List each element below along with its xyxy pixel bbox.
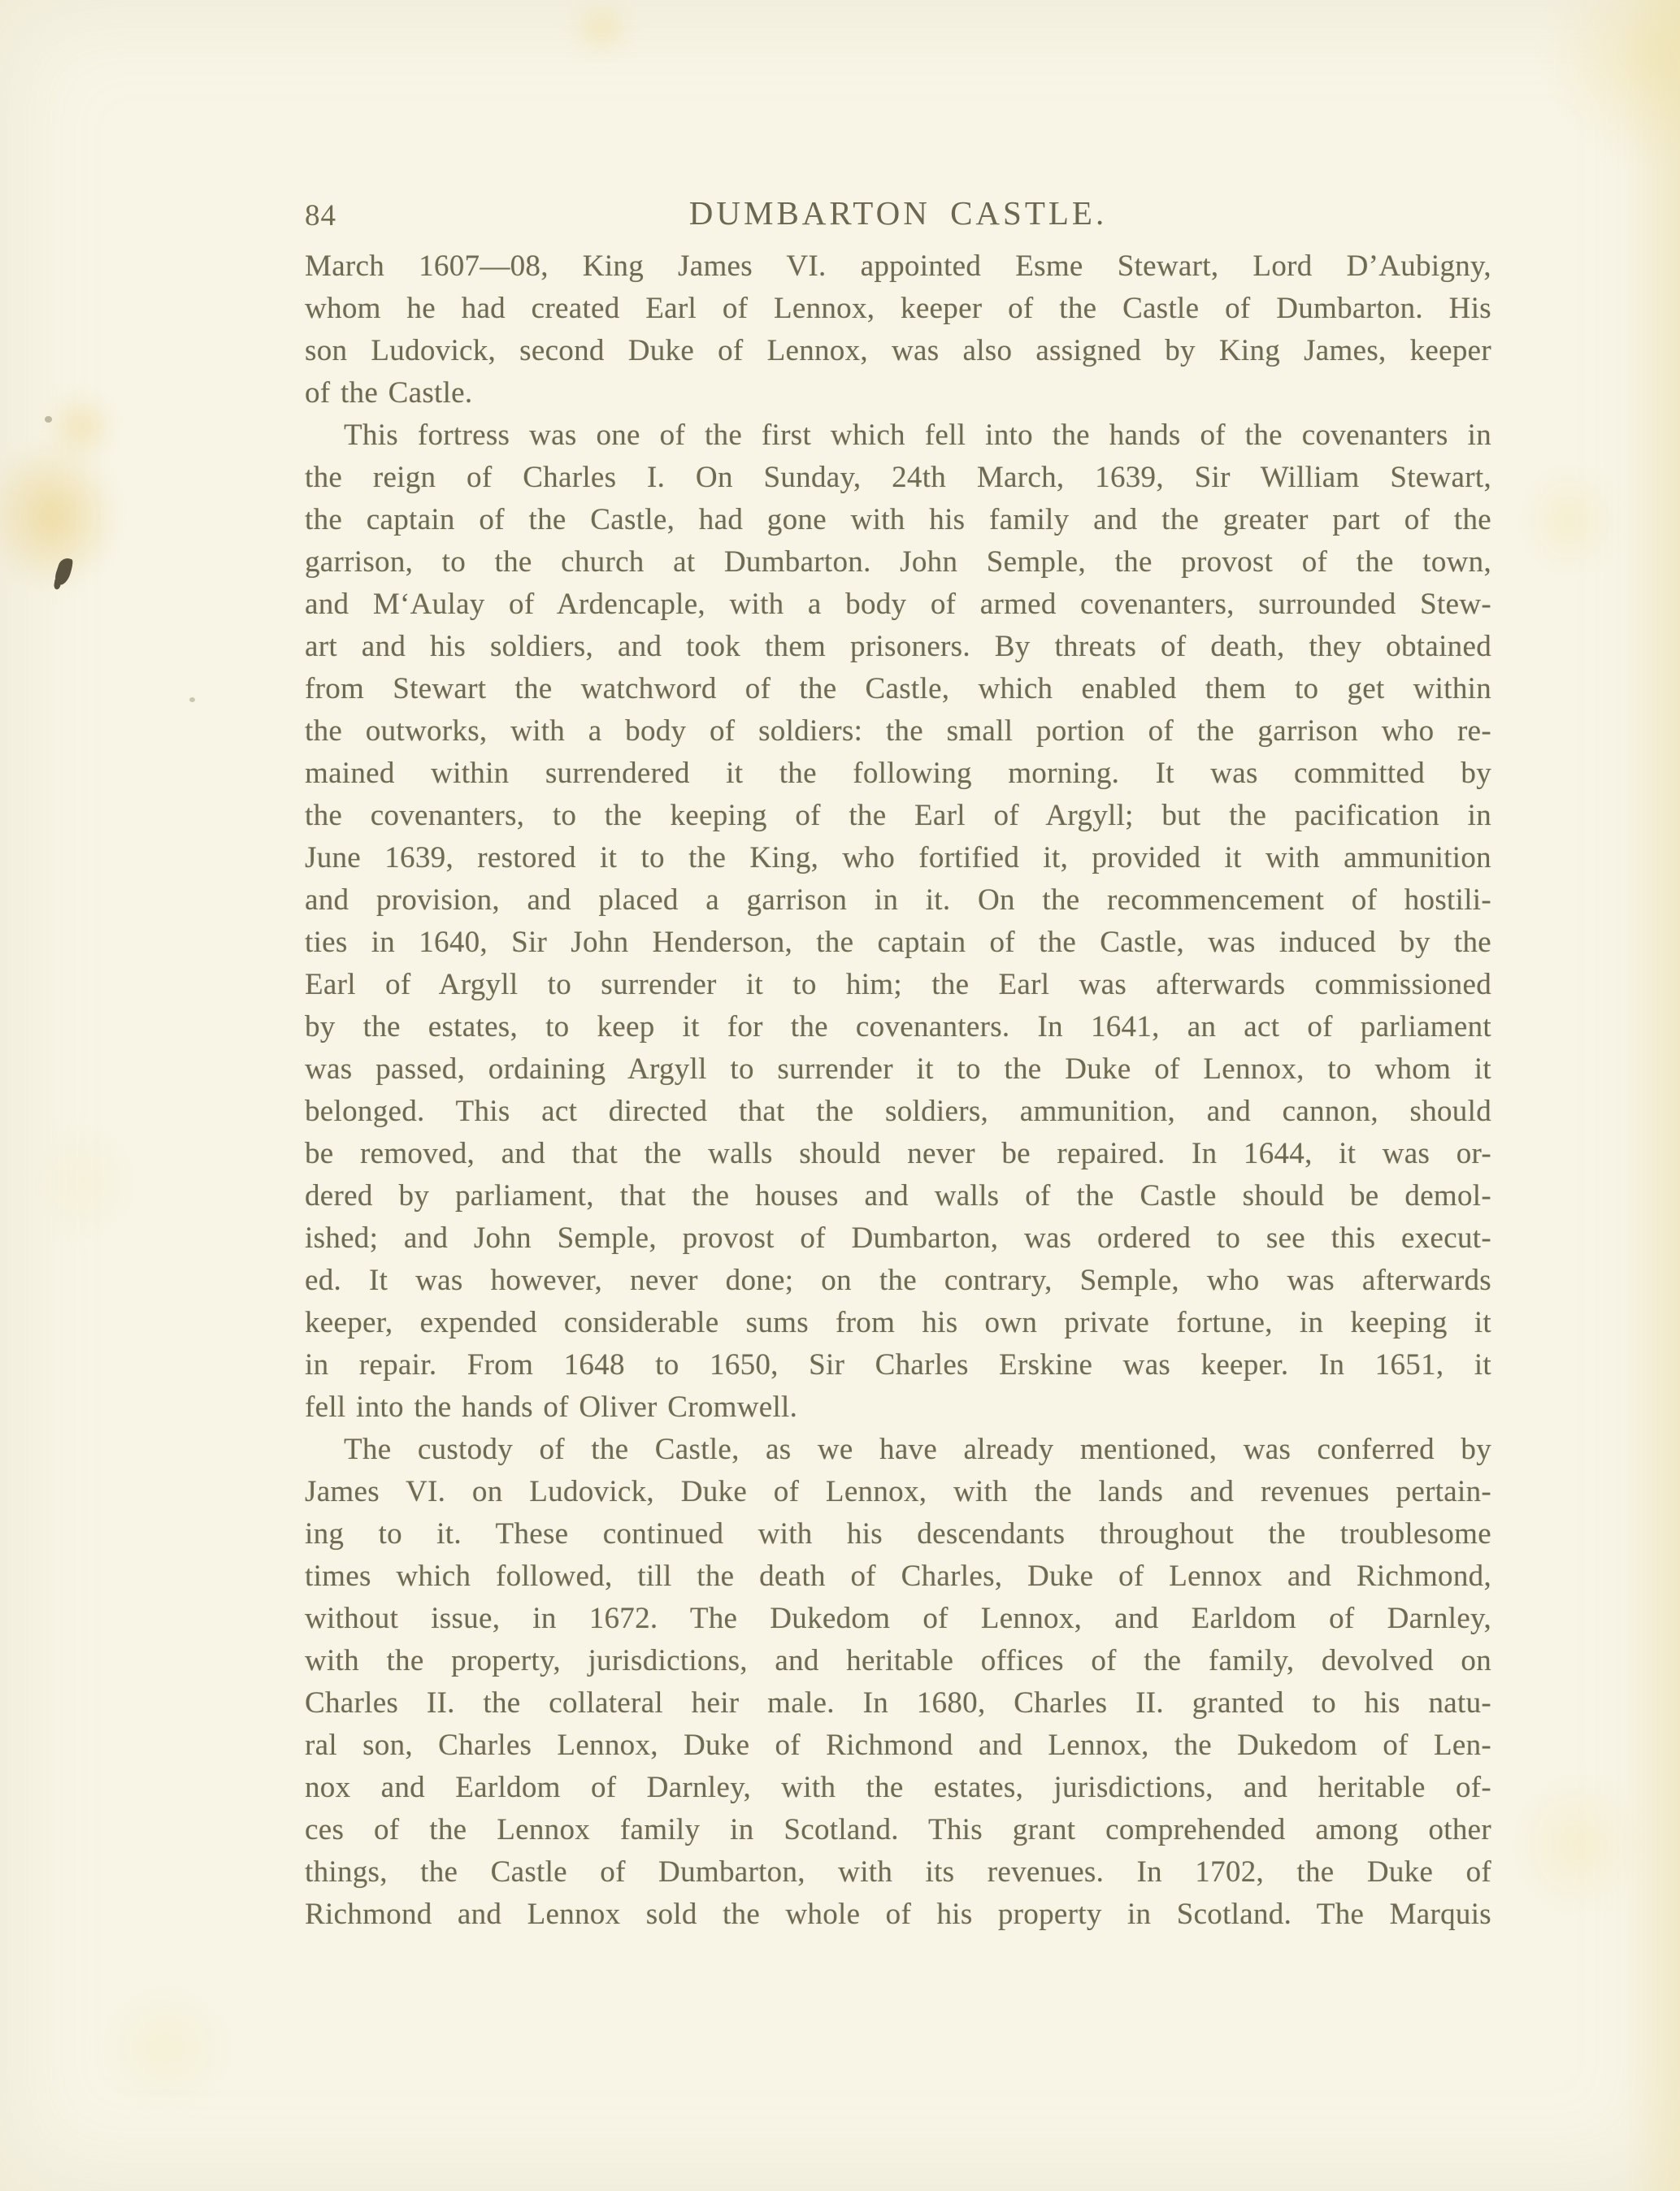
- text-line: fell into the hands of Oliver Cromwell.: [305, 1386, 1491, 1429]
- text-line: James VI. on Ludovick, Duke of Lennox, w…: [305, 1471, 1491, 1513]
- age-stain: [1520, 463, 1617, 577]
- book-page: 84 DUMBARTON CASTLE. March 1607—08, King…: [0, 0, 1680, 2191]
- text-line: ties in 1640, Sir John Henderson, the ca…: [305, 922, 1491, 964]
- page-number: 84: [305, 198, 336, 233]
- text-line: son Ludovick, second Duke of Lennox, was…: [305, 330, 1491, 372]
- text-line: be removed, and that the walls should ne…: [305, 1133, 1491, 1175]
- text-line: Charles II. the collateral heir male. In…: [305, 1682, 1491, 1725]
- text-line: ished; and John Semple, provost of Dumba…: [305, 1217, 1491, 1260]
- text-line: nox and Earldom of Darnley, with the est…: [305, 1767, 1491, 1809]
- text-line: keeper, expended considerable sums from …: [305, 1302, 1491, 1344]
- age-stain: [569, 0, 634, 57]
- text-line: belonged. This act directed that the sol…: [305, 1091, 1491, 1133]
- text-line: and M‘Aulay of Ardencaple, with a body o…: [305, 584, 1491, 626]
- text-line: in repair. From 1648 to 1650, Sir Charle…: [305, 1344, 1491, 1386]
- text-line: March 1607—08, King James VI. appointed …: [305, 245, 1491, 288]
- running-title: DUMBARTON CASTLE.: [305, 193, 1491, 232]
- text-line: things, the Castle of Dumbarton, with it…: [305, 1851, 1491, 1894]
- paper-speck: [45, 416, 52, 423]
- text-line: the reign of Charles I. On Sunday, 24th …: [305, 457, 1491, 499]
- text-line: the captain of the Castle, had gone with…: [305, 499, 1491, 541]
- paragraph: The custody of the Castle, as we have al…: [305, 1429, 1491, 1936]
- text-line: by the estates, to keep it for the coven…: [305, 1006, 1491, 1048]
- text-line: without issue, in 1672. The Dukedom of L…: [305, 1598, 1491, 1640]
- text-line: garrison, to the church at Dumbarton. Jo…: [305, 541, 1491, 584]
- text-line: June 1639, restored it to the King, who …: [305, 837, 1491, 879]
- text-line: the outworks, with a body of soldiers: t…: [305, 710, 1491, 753]
- ink-blot-mark: [53, 556, 75, 587]
- text-line: art and his soldiers, and took them pris…: [305, 626, 1491, 668]
- paragraph: March 1607—08, King James VI. appointed …: [305, 245, 1491, 414]
- text-line: mained within surrendered it the followi…: [305, 753, 1491, 795]
- age-stain: [45, 390, 118, 463]
- text-line: Richmond and Lennox sold the whole of hi…: [305, 1894, 1491, 1936]
- paper-speck: [189, 697, 195, 702]
- age-stain: [1512, 1772, 1642, 1918]
- text-line: The custody of the Castle, as we have al…: [305, 1429, 1491, 1471]
- text-line: was passed, ordaining Argyll to surrende…: [305, 1048, 1491, 1091]
- paragraph: This fortress was one of the first which…: [305, 414, 1491, 1429]
- text-line: the covenanters, to the keeping of the E…: [305, 795, 1491, 837]
- text-line: with the property, jurisdictions, and he…: [305, 1640, 1491, 1682]
- text-line: whom he had created Earl of Lennox, keep…: [305, 288, 1491, 330]
- text-line: Earl of Argyll to surrender it to him; t…: [305, 964, 1491, 1006]
- page-body: March 1607—08, King James VI. appointed …: [305, 245, 1491, 1936]
- text-line: and provision, and placed a garrison in …: [305, 879, 1491, 922]
- text-line: ces of the Lennox family in Scotland. Th…: [305, 1809, 1491, 1851]
- age-stain: [1544, 0, 1680, 163]
- text-line: This fortress was one of the first which…: [305, 414, 1491, 457]
- page-header: 84 DUMBARTON CASTLE.: [305, 193, 1491, 239]
- age-stain: [98, 1983, 236, 2113]
- text-line: ral son, Charles Lennox, Duke of Richmon…: [305, 1725, 1491, 1767]
- text-line: times which followed, till the death of …: [305, 1555, 1491, 1598]
- text-line: ing to it. These continued with his desc…: [305, 1513, 1491, 1555]
- page-edge-shading: [1623, 0, 1680, 2191]
- text-line: ed. It was however, never done; on the c…: [305, 1260, 1491, 1302]
- text-line: dered by parliament, that the houses and…: [305, 1175, 1491, 1217]
- text-line: of the Castle.: [305, 372, 1491, 414]
- age-stain: [33, 1122, 138, 1243]
- text-line: from Stewart the watchword of the Castle…: [305, 668, 1491, 710]
